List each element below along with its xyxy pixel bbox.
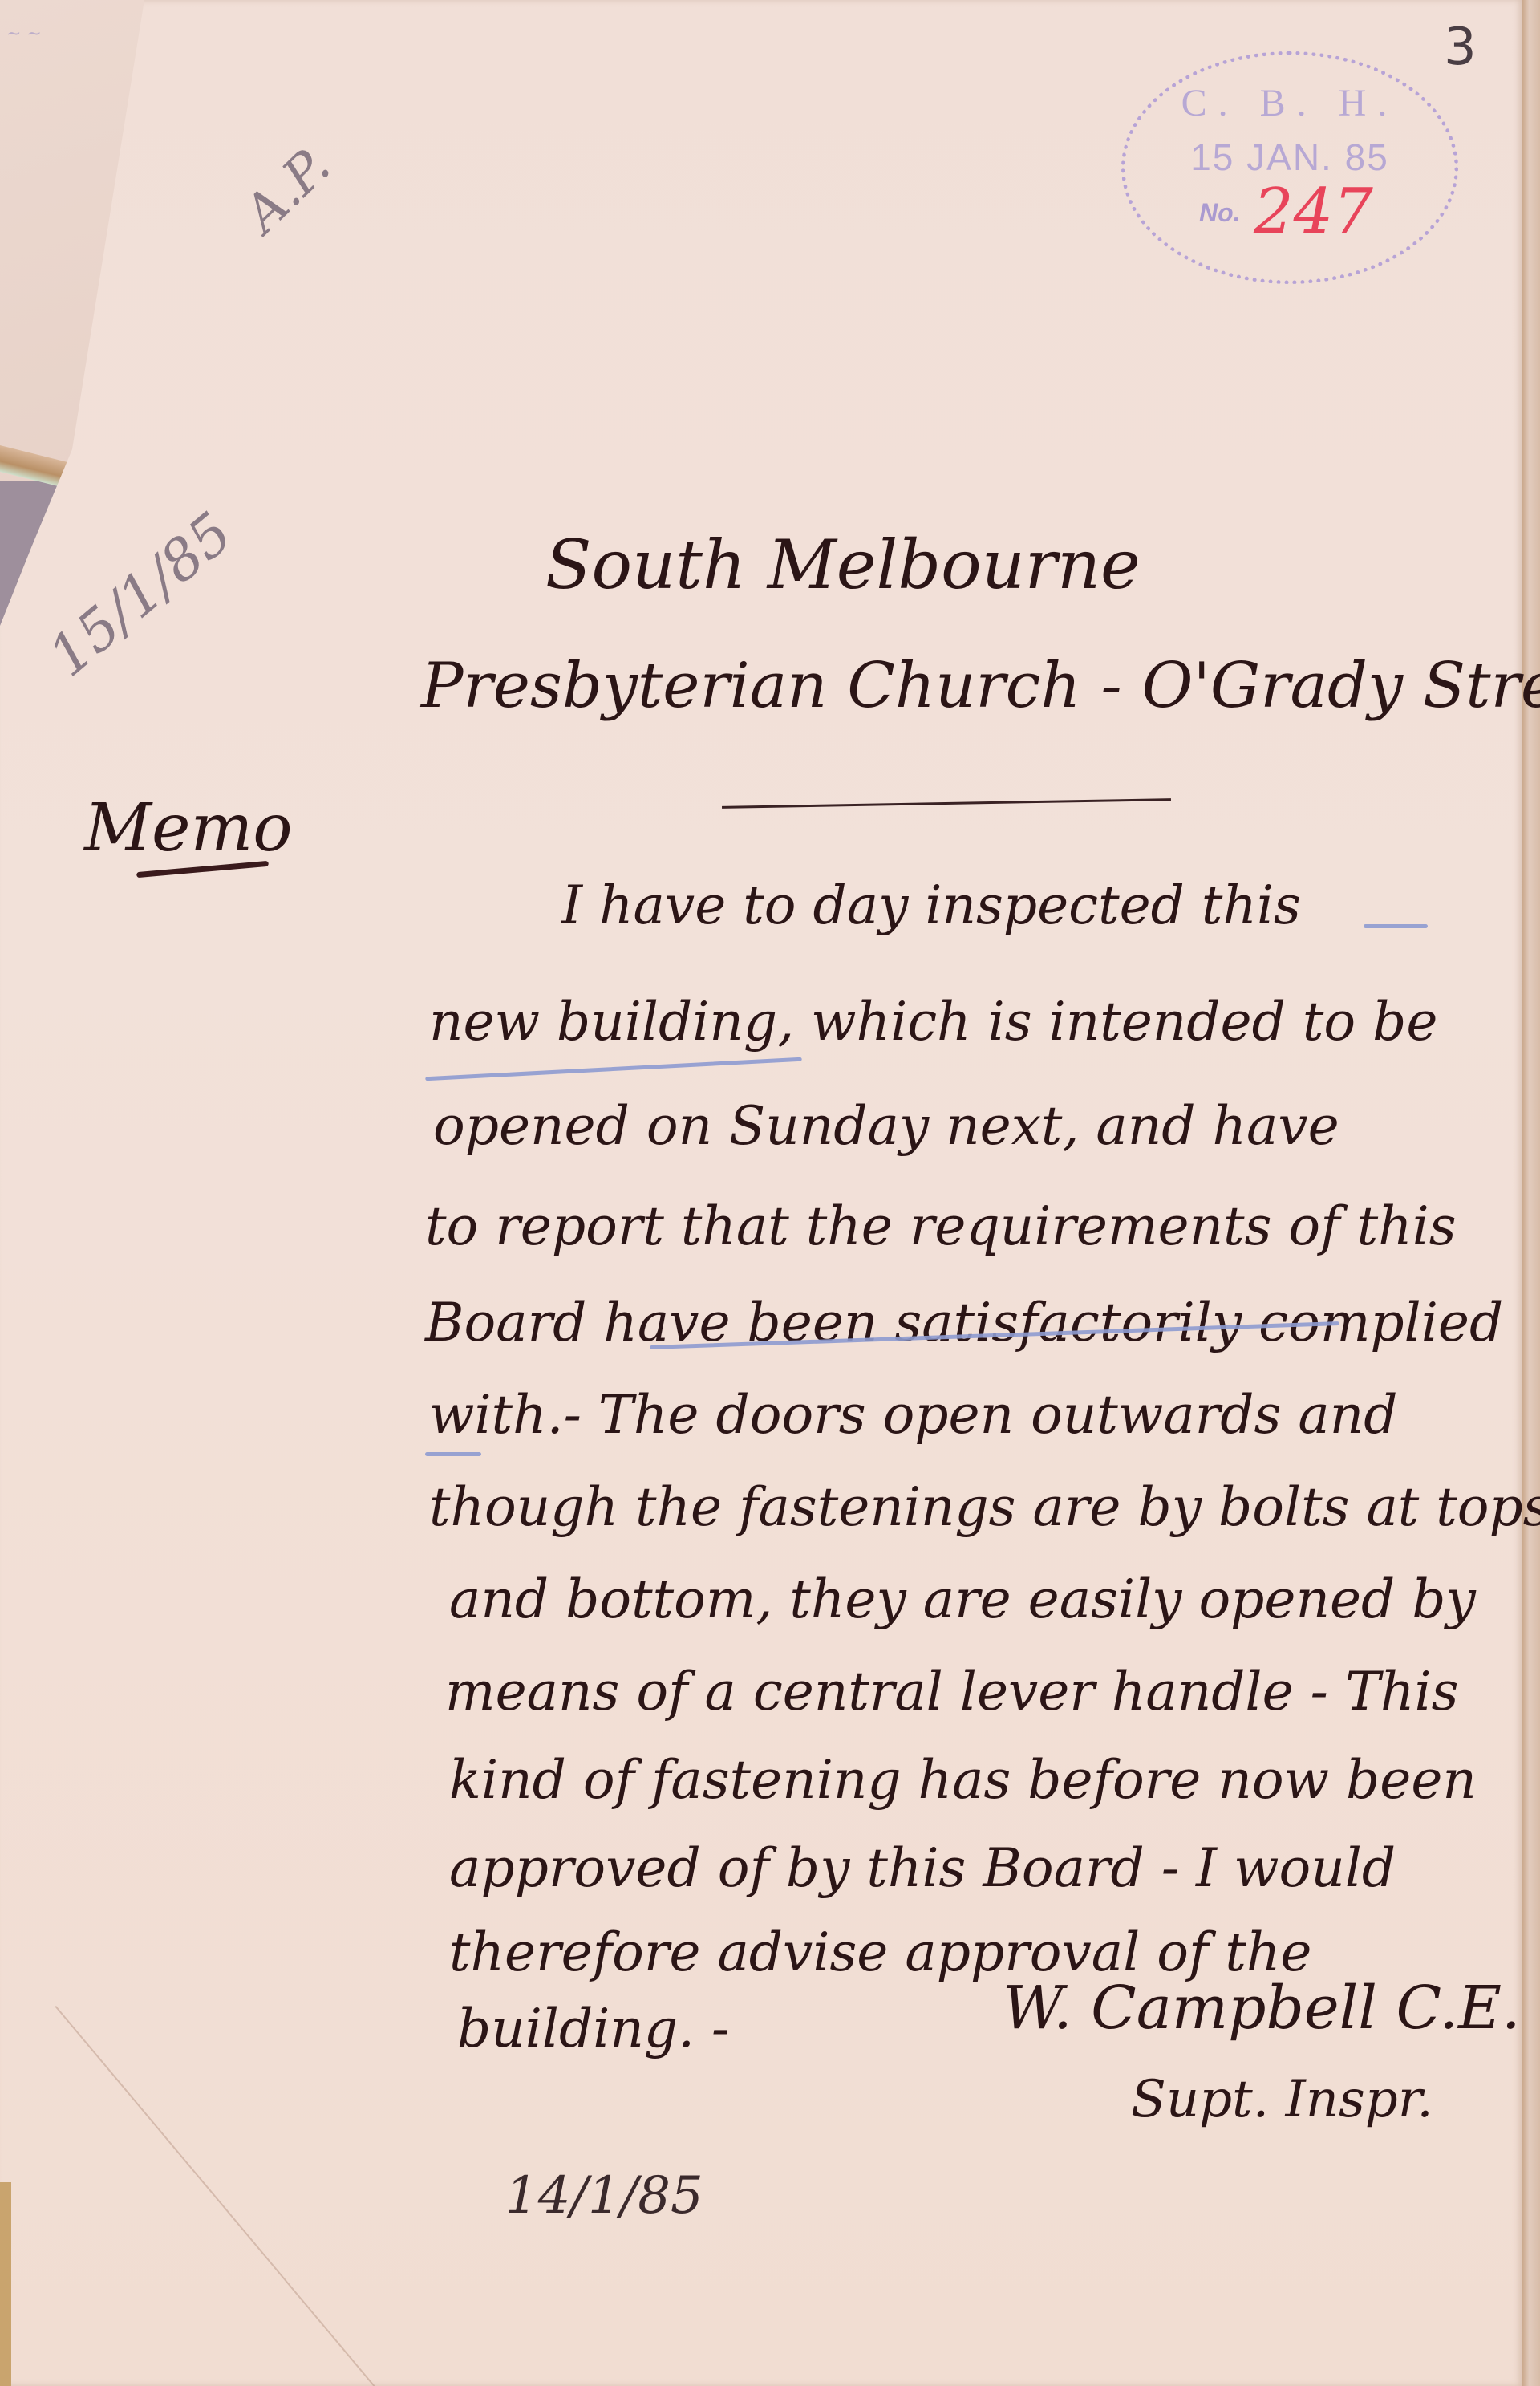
document-date: 14/1/85 [505, 2166, 703, 2226]
blue-underline [1364, 924, 1428, 928]
body-line: approved of by this Board - I would [449, 1837, 1396, 1899]
body-line: building. - [457, 1998, 729, 2059]
stamp-number-value: 247 [1254, 176, 1373, 248]
body-line: with.- The doors open outwards and [429, 1384, 1397, 1446]
heading-building: Presbyterian Church - O'Grady Street [421, 650, 1540, 722]
stamp-number-label: No. [1199, 198, 1241, 228]
page-number: 3 [1444, 18, 1477, 77]
heading-location: South Melbourne [545, 525, 1141, 604]
stamp-organization: C. B. H. [1125, 81, 1454, 125]
body-line: I have to day inspected this [561, 874, 1301, 936]
body-line: means of a central lever handle - This [445, 1661, 1458, 1723]
memo-label: Memo [84, 790, 293, 866]
body-line: and bottom, they are easily opened by [449, 1568, 1476, 1630]
background-sheet-marks: ~ ~ [6, 24, 42, 44]
body-line: to report that the requirements of this [425, 1195, 1457, 1257]
received-stamp: C. B. H. 15 JAN. 85 No. 247 [1121, 51, 1458, 284]
signature-title: Supt. Inspr. [1131, 2070, 1433, 2129]
body-line: opened on Sunday next, and have [433, 1095, 1339, 1157]
body-line: Board have been satisfactorily complied [425, 1292, 1503, 1353]
body-line: new building, which is intended to be [429, 991, 1437, 1053]
body-line: though the fastenings are by bolts at to… [429, 1476, 1540, 1538]
signature-name: W. Campbell C.E. [1003, 1974, 1521, 2043]
blue-underline [425, 1452, 481, 1456]
paper-right-edge [1522, 0, 1540, 2386]
body-line: kind of fastening has before now been [449, 1749, 1477, 1811]
paper-left-strip [0, 2182, 11, 2386]
stamp-date: 15 JAN. 85 [1125, 136, 1454, 179]
